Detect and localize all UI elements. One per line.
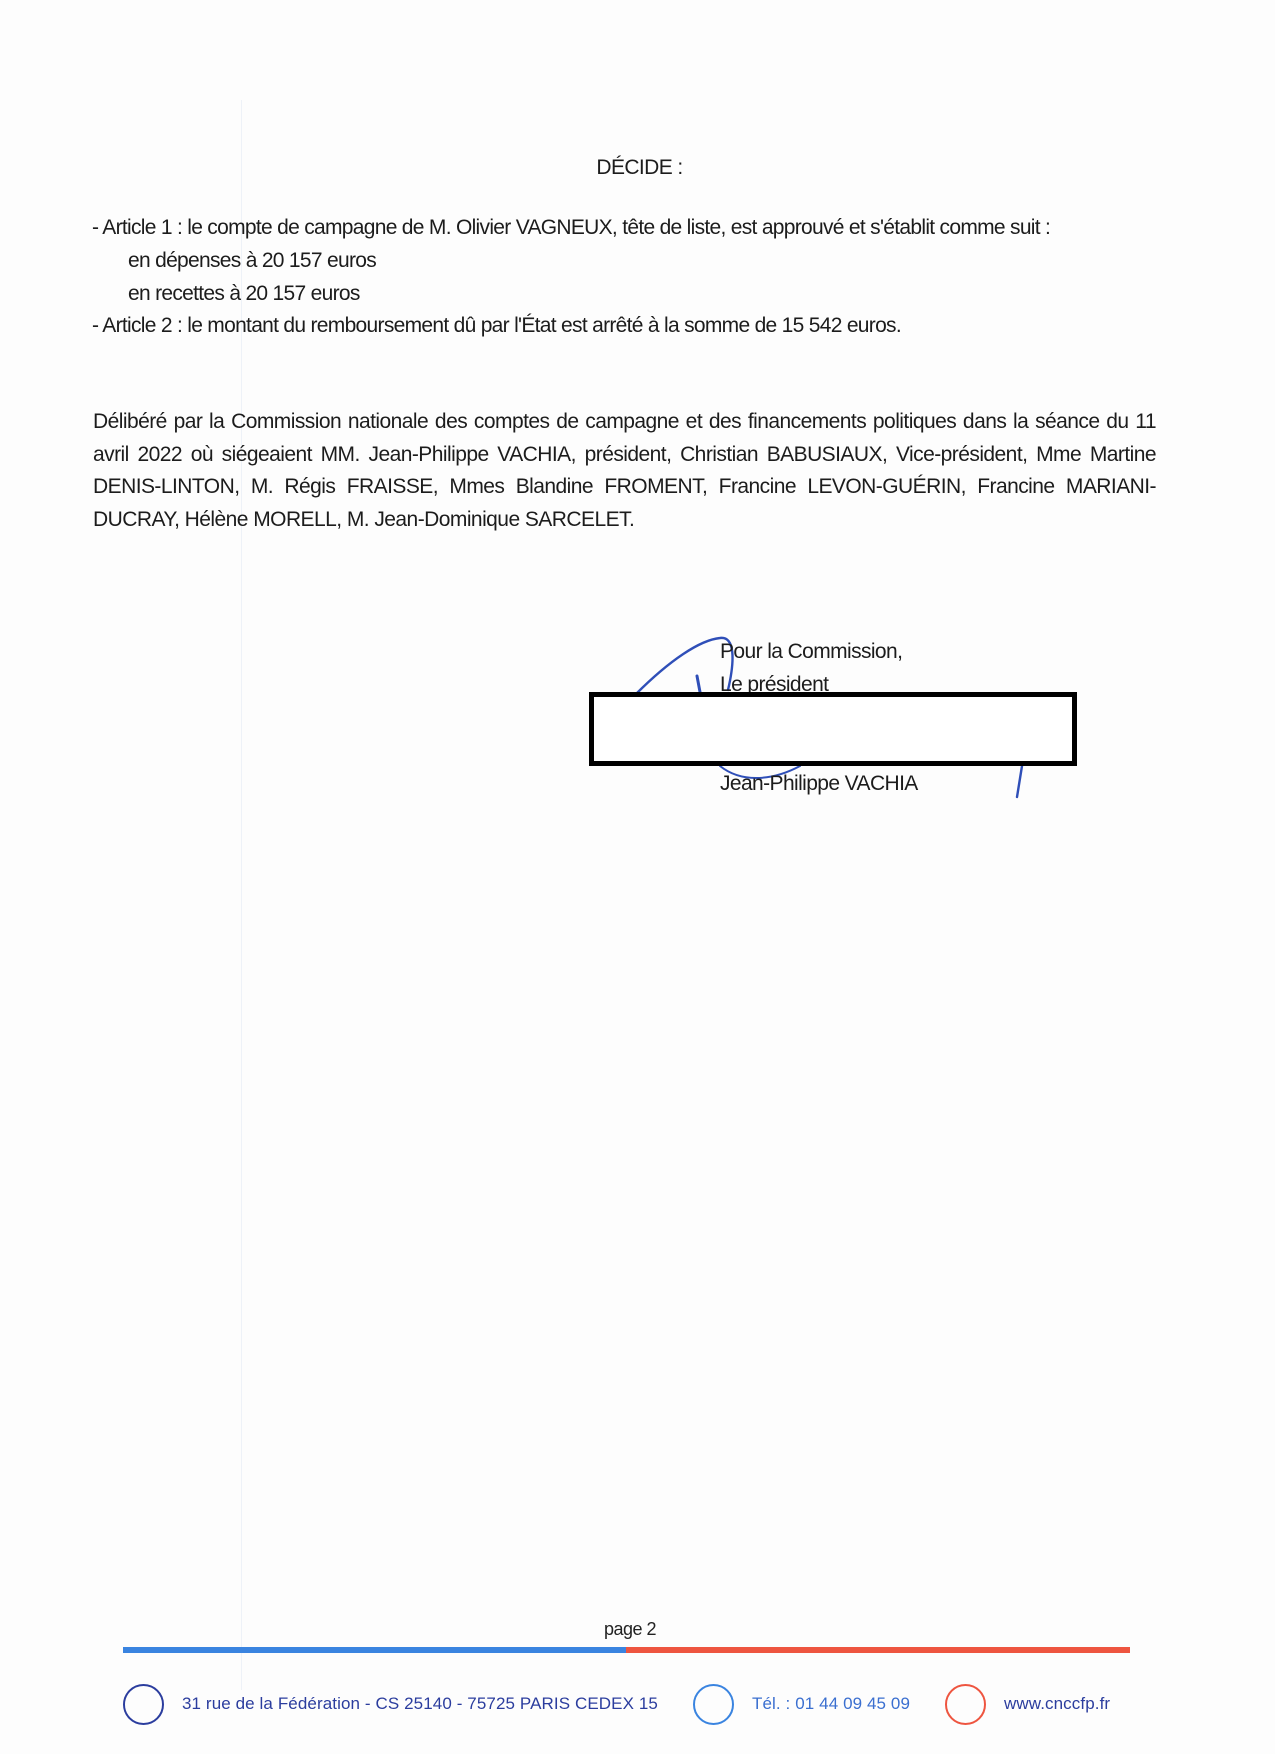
redaction-box	[589, 692, 1077, 766]
address-circle-icon	[123, 1684, 164, 1725]
footer-rule-blue	[123, 1647, 626, 1653]
decision-heading: DÉCIDE :	[0, 156, 1275, 180]
footer-phone-text: Tél. : 01 44 09 45 09	[752, 1694, 910, 1714]
footer-rule-red	[626, 1647, 1130, 1653]
footer-address: 31 rue de la Fédération - CS 25140 - 757…	[123, 1680, 658, 1728]
footer-website-link[interactable]: www.cnccfp.fr	[1004, 1694, 1110, 1714]
document-page: DÉCIDE : - Article 1 : le compte de camp…	[0, 0, 1275, 1754]
footer-address-text: 31 rue de la Fédération - CS 25140 - 757…	[182, 1694, 658, 1714]
signatory-name: Jean-Philippe VACHIA	[720, 772, 918, 796]
article-1-expenses: en dépenses à 20 157 euros	[128, 248, 376, 274]
phone-circle-icon	[693, 1684, 734, 1725]
footer-website: www.cnccfp.fr	[945, 1680, 1110, 1728]
deliberation-paragraph: Délibéré par la Commission nationale des…	[93, 406, 1156, 536]
article-1: - Article 1 : le compte de campagne de M…	[92, 215, 1050, 241]
page-number: page 2	[604, 1619, 656, 1640]
article-2: - Article 2 : le montant du remboursemen…	[92, 313, 901, 339]
signature-line-1: Pour la Commission,	[720, 640, 902, 664]
article-1-receipts: en recettes à 20 157 euros	[128, 281, 360, 307]
footer-phone: Tél. : 01 44 09 45 09	[693, 1680, 910, 1728]
web-circle-icon	[945, 1684, 986, 1725]
